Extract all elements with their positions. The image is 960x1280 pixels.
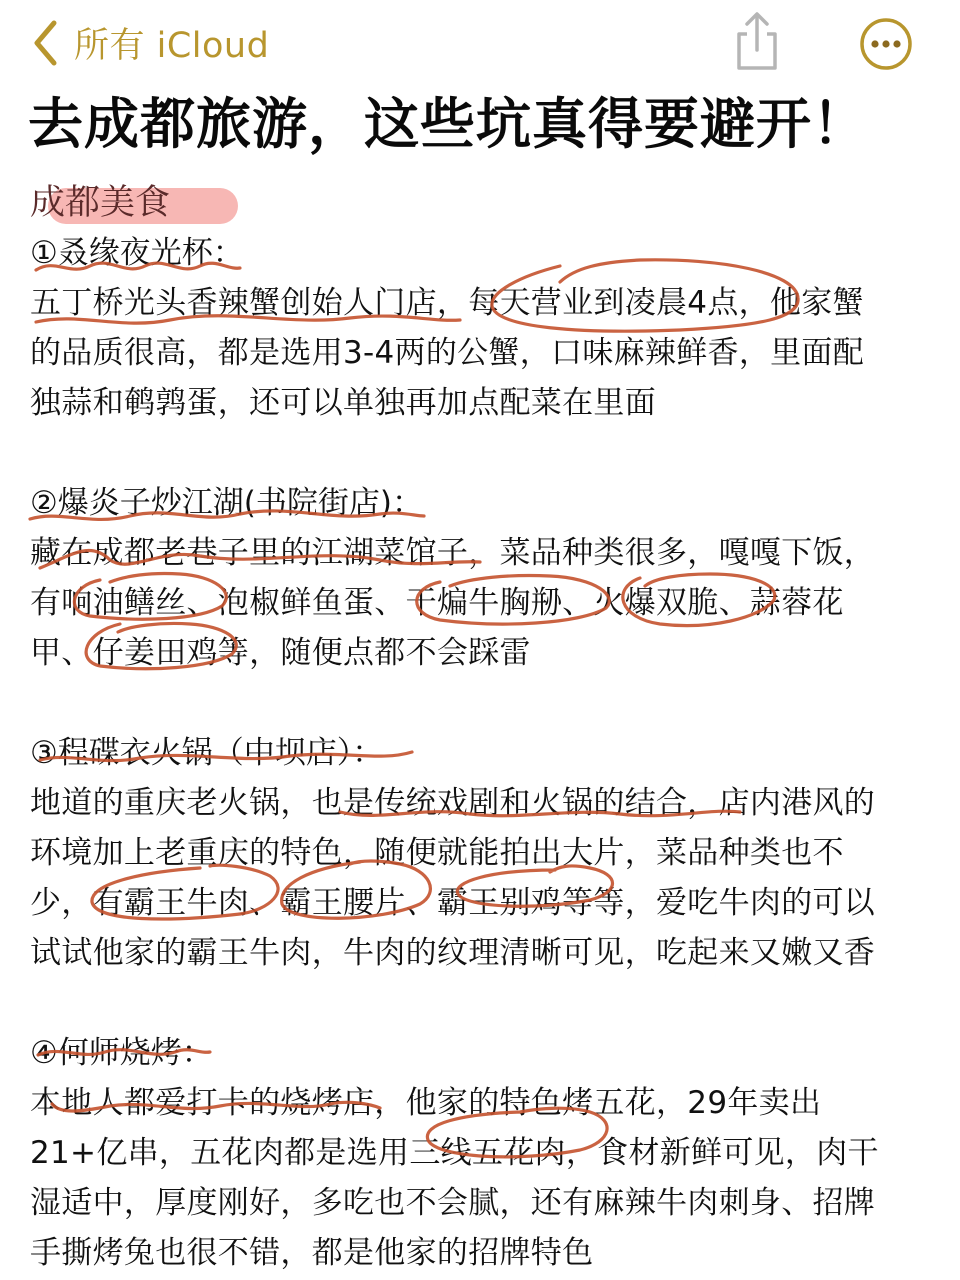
- restaurant-item: ②爆炎子炒江湖(书院街店)： 藏在成都老巷子里的江湖菜馆子，菜品种类很多，嘎嘎下…: [30, 478, 940, 678]
- body-line: 五丁桥光头香辣蟹创始人门店，每天营业到凌晨4点，他家蟹: [30, 278, 940, 328]
- share-icon[interactable]: [730, 10, 784, 72]
- restaurant-title: ④何师烧烤：: [30, 1028, 940, 1078]
- restaurant-title: ③程碟衣火锅（中坝店）：: [30, 728, 940, 778]
- restaurant-title: ②爆炎子炒江湖(书院街店)：: [30, 478, 940, 528]
- body-line: 少，有霸王牛肉、霸王腰片、霸王别鸡等等，爱吃牛肉的可以: [30, 878, 940, 928]
- body-line: 有响油鳝丝、泡椒鲜鱼蛋、干煸牛胸剙、火爆双脆、蒜蓉花: [30, 578, 940, 628]
- body-line: 甲、仔姜田鸡等，随便点都不会踩雷: [30, 628, 940, 678]
- body-line: 藏在成都老巷子里的江湖菜馆子，菜品种类很多，嘎嘎下饭，: [30, 528, 940, 578]
- chevron-left-icon: [30, 19, 60, 67]
- restaurant-title: ①叒缘夜光杯：: [30, 228, 940, 278]
- body-line: 环境加上老重庆的特色，随便就能拍出大片，菜品种类也不: [30, 828, 940, 878]
- body-line: 试试他家的霸王牛肉，牛肉的纹理清晰可见，吃起来又嫩又香: [30, 928, 940, 978]
- section-heading: 成都美食: [30, 178, 170, 228]
- nav-bar: 所有 iCloud: [0, 0, 960, 88]
- back-button[interactable]: 所有 iCloud: [30, 18, 269, 68]
- body-line: 独蒜和鹌鹑蛋，还可以单独再加点配菜在里面: [30, 378, 940, 428]
- body-line: 手撕烤兔也很不错，都是他家的招牌特色: [30, 1228, 940, 1278]
- note-body[interactable]: ①叒缘夜光杯： 五丁桥光头香辣蟹创始人门店，每天营业到凌晨4点，他家蟹 的品质很…: [30, 228, 940, 1278]
- body-line: 地道的重庆老火锅，也是传统戏剧和火锅的结合，店内港风的: [30, 778, 940, 828]
- body-line: 本地人都爱打卡的烧烤店，他家的特色烤五花，29年卖出: [30, 1078, 940, 1128]
- body-line: 21+亿串，五花肉都是选用三线五花肉，食材新鲜可见，肉干: [30, 1128, 940, 1178]
- more-ellipsis-icon[interactable]: [858, 16, 914, 72]
- back-label: 所有 iCloud: [74, 18, 269, 68]
- note-title: 去成都旅游，这些坑真得要避开！: [28, 84, 948, 164]
- restaurant-item: ③程碟衣火锅（中坝店）： 地道的重庆老火锅，也是传统戏剧和火锅的结合，店内港风的…: [30, 728, 940, 978]
- restaurant-item: ①叒缘夜光杯： 五丁桥光头香辣蟹创始人门店，每天营业到凌晨4点，他家蟹 的品质很…: [30, 228, 940, 428]
- section-heading-text: 成都美食: [30, 183, 170, 223]
- body-line: 湿适中，厚度刚好，多吃也不会腻，还有麻辣牛肉刺身、招牌: [30, 1178, 940, 1228]
- restaurant-item: ④何师烧烤： 本地人都爱打卡的烧烤店，他家的特色烤五花，29年卖出 21+亿串，…: [30, 1028, 940, 1278]
- body-line: 的品质很高，都是选用3-4两的公蟹，口味麻辣鲜香，里面配: [30, 328, 940, 378]
